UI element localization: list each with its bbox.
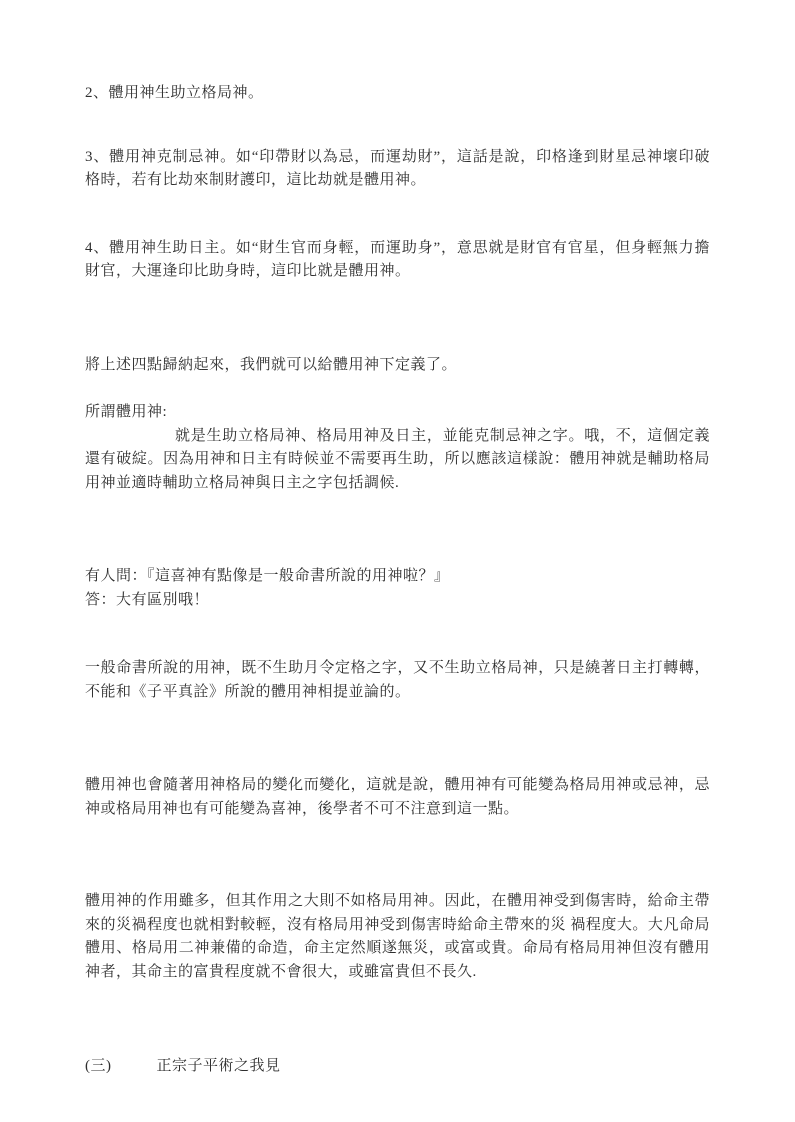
paragraph-comparison: 一般命書所說的用神，既不生助月令定格之字，又不生助立格局神，只是繞著日主打轉轉，… (85, 657, 710, 704)
section-heading: (三) 正宗子平術之我見 (85, 1055, 710, 1079)
paragraph-list-item-4: 4、體用神生助日主。如“財生官而身輕，而運助身”，意思就是財官有官星，但身輕無力… (85, 237, 710, 284)
paragraph-change-note: 體用神也會隨著用神格局的變化而變化，這就是說，體用神有可能變為格局用神或忌神，忌… (85, 774, 710, 821)
section-title: 正宗子平術之我見 (157, 1055, 281, 1079)
document-content: 2、體用神生助立格局神。 3、體用神克制忌神。如“印帶財以為忌，而運劫財”，這話… (0, 82, 795, 1079)
paragraph-answer: 答：大有區別哦！ (85, 589, 710, 613)
paragraph-question: 有人問：『這喜神有點像是一般命書所說的用神啦？』 (85, 565, 710, 589)
paragraph-definition-label: 所謂體用神: (85, 401, 710, 425)
paragraph-effect-note: 體用神的作用雖多，但其作用之大則不如格局用神。因此，在體用神受到傷害時，給命主帶… (85, 890, 710, 984)
paragraph-list-item-3: 3、體用神克制忌神。如“印帶財以為忌，而運劫財”，這話是說，印格逢到財星忌神壞印… (85, 146, 710, 193)
paragraph-list-item-2: 2、體用神生助立格局神。 (85, 82, 710, 106)
section-number: (三) (85, 1055, 112, 1079)
document-page: 2、體用神生助立格局神。 3、體用神克制忌神。如“印帶財以為忌，而運劫財”，這話… (0, 0, 795, 1122)
paragraph-definition-body: 就是生助立格局神、格局用神及日主，並能克制忌神之字。哦，不，這個定義還有破綻。因… (85, 425, 710, 496)
paragraph-summary-intro: 將上述四點歸納起來，我們就可以給體用神下定義了。 (85, 354, 710, 378)
